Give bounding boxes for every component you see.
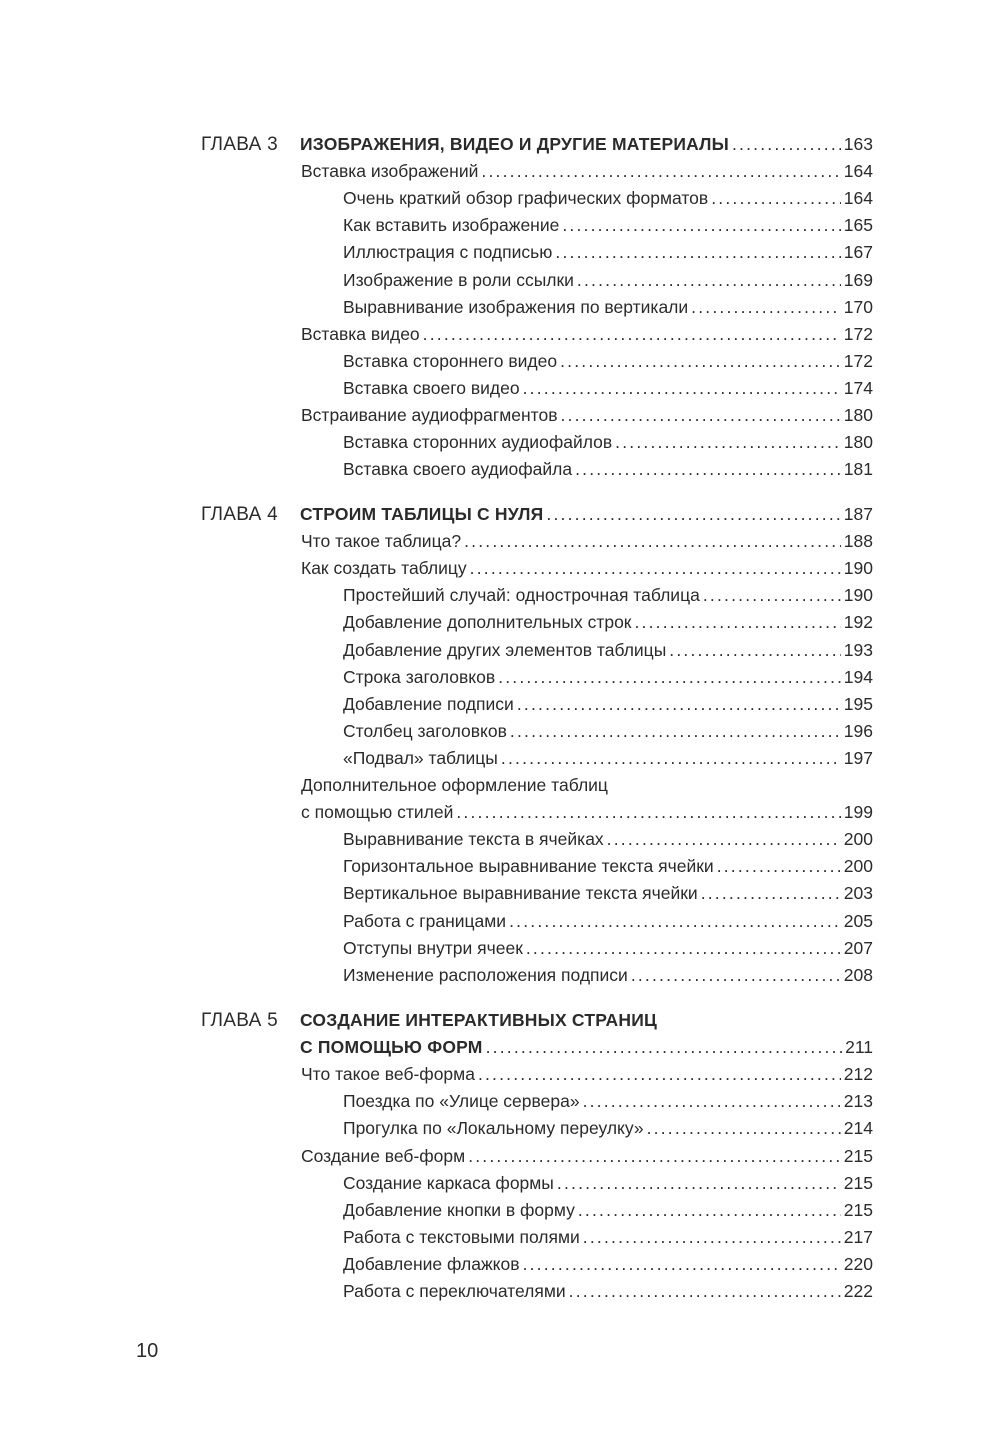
subsection-entry[interactable]: Как вставить изображение165	[343, 212, 873, 239]
section-entry[interactable]: Что такое таблица?188	[301, 528, 873, 555]
entry-page: 174	[844, 375, 873, 402]
entry-title: Очень краткий обзор графических форматов	[343, 185, 708, 212]
entry-page: 217	[844, 1224, 873, 1251]
section-title-line[interactable]: Дополнительное оформление таблиц	[301, 772, 608, 799]
leader-dots	[526, 935, 841, 962]
leader-dots	[501, 745, 841, 772]
entry-title: Прогулка по «Локальному переулку»	[343, 1115, 644, 1142]
entry-title: Столбец заголовков	[343, 718, 507, 745]
entry-title: Вертикальное выравнивание текста ячейки	[343, 880, 698, 907]
entry-page: 167	[844, 239, 873, 266]
entry-page: 195	[844, 691, 873, 718]
entry-page: 181	[844, 456, 873, 483]
leader-dots	[583, 1088, 841, 1115]
entry-title: С ПОМОЩЬЮ ФОРМ	[300, 1034, 483, 1061]
entry-title: Создание каркаса формы	[343, 1170, 554, 1197]
chapter-title[interactable]: СТРОИМ ТАБЛИЦЫ С НУЛЯ187	[300, 501, 873, 528]
leader-dots	[562, 212, 840, 239]
entry-page: 190	[844, 555, 873, 582]
leader-dots	[517, 691, 841, 718]
leader-dots	[583, 1224, 841, 1251]
subsection-entry[interactable]: Добавление кнопки в форму215	[343, 1197, 873, 1224]
entry-title: Добавление подписи	[343, 691, 514, 718]
entry-page: 200	[844, 853, 873, 880]
entry-page: 215	[844, 1170, 873, 1197]
entry-page: 164	[844, 158, 873, 185]
entry-page: 172	[844, 348, 873, 375]
entry-title: Как создать таблицу	[301, 555, 467, 582]
subsection-entry[interactable]: Очень краткий обзор графических форматов…	[343, 185, 873, 212]
entry-page: 215	[844, 1143, 873, 1170]
subsection-entry[interactable]: Столбец заголовков196	[343, 718, 873, 745]
entry-title: Добавление других элементов таблицы	[343, 637, 666, 664]
entry-page: 213	[844, 1088, 873, 1115]
entry-page: 220	[844, 1251, 873, 1278]
entry-page: 169	[844, 267, 873, 294]
leader-dots	[481, 158, 840, 185]
subsection-entry[interactable]: Поездка по «Улице сервера»213	[343, 1088, 873, 1115]
subsection-entry[interactable]: Изменение расположения подписи208	[343, 962, 873, 989]
subsection-entry[interactable]: Выравнивание изображения по вертикали170	[343, 294, 873, 321]
entry-title: с помощью стилей	[301, 799, 453, 826]
entry-page: 222	[844, 1278, 873, 1305]
subsection-entry[interactable]: Простейший случай: однострочная таблица1…	[343, 582, 873, 609]
entry-title: Выравнивание текста в ячейках	[343, 826, 604, 853]
subsection-entry[interactable]: Создание каркаса формы215	[343, 1170, 873, 1197]
entry-page: 200	[844, 826, 873, 853]
entry-page: 211	[845, 1034, 873, 1061]
entry-page: 170	[844, 294, 873, 321]
entry-title: Встраивание аудиофрагментов	[301, 402, 558, 429]
entry-page: 190	[844, 582, 873, 609]
leader-dots	[607, 826, 841, 853]
entry-title: Горизонтальное выравнивание текста ячейк…	[343, 853, 714, 880]
subsection-entry[interactable]: Вставка стороннего видео172	[343, 348, 873, 375]
entry-title: Вставка сторонних аудиофайлов	[343, 429, 612, 456]
entry-page: 180	[844, 402, 873, 429]
leader-dots	[669, 637, 841, 664]
entry-title: Выравнивание изображения по вертикали	[343, 294, 688, 321]
entry-title: Изменение расположения подписи	[343, 962, 628, 989]
entry-page: 192	[844, 609, 873, 636]
leader-dots	[615, 429, 841, 456]
subsection-entry[interactable]: Вставка сторонних аудиофайлов180	[343, 429, 873, 456]
entry-page: 163	[844, 131, 873, 158]
subsection-entry[interactable]: Вертикальное выравнивание текста ячейки2…	[343, 880, 873, 907]
entry-page: 194	[844, 664, 873, 691]
entry-page: 212	[844, 1061, 873, 1088]
entry-page: 205	[844, 908, 873, 935]
subsection-entry[interactable]: Добавление флажков220	[343, 1251, 873, 1278]
leader-dots	[423, 321, 841, 348]
leader-dots	[546, 501, 840, 528]
subsection-entry[interactable]: Отступы внутри ячеек207	[343, 935, 873, 962]
entry-page: 193	[844, 637, 873, 664]
entry-title: Вставка стороннего видео	[343, 348, 557, 375]
entry-page: 188	[844, 528, 873, 555]
leader-dots	[711, 185, 841, 212]
entry-page: 197	[844, 745, 873, 772]
chapter-label: ГЛАВА 4	[201, 501, 278, 528]
entry-page: 215	[844, 1197, 873, 1224]
entry-title: Работа с переключателями	[343, 1278, 566, 1305]
section-entry[interactable]: Как создать таблицу190	[301, 555, 873, 582]
section-entry[interactable]: с помощью стилей199	[301, 799, 873, 826]
leader-dots	[717, 853, 841, 880]
leader-dots	[523, 1251, 841, 1278]
leader-dots	[523, 375, 841, 402]
entry-title: Изображение в роли ссылки	[343, 267, 574, 294]
entry-title: Создание веб-форм	[301, 1143, 465, 1170]
subsection-entry[interactable]: Иллюстрация с подписью167	[343, 239, 873, 266]
leader-dots	[456, 799, 840, 826]
entry-title: Вставка изображений	[301, 158, 478, 185]
entry-page: 180	[844, 429, 873, 456]
entry-page: 172	[844, 321, 873, 348]
leader-dots	[464, 528, 841, 555]
leader-dots	[647, 1115, 841, 1142]
subsection-entry[interactable]: Вставка своего аудиофайла181	[343, 456, 873, 483]
leader-dots	[634, 609, 840, 636]
subsection-entry[interactable]: Выравнивание текста в ячейках200	[343, 826, 873, 853]
entry-page: 208	[844, 962, 873, 989]
subsection-entry[interactable]: Работа с текстовыми полями217	[343, 1224, 873, 1251]
subsection-entry[interactable]: Горизонтальное выравнивание текста ячейк…	[343, 853, 873, 880]
leader-dots	[509, 908, 841, 935]
entry-title: Добавление флажков	[343, 1251, 520, 1278]
leader-dots	[575, 456, 841, 483]
subsection-entry[interactable]: Изображение в роли ссылки169	[343, 267, 873, 294]
chapter-label: ГЛАВА 3	[201, 131, 278, 158]
subsection-entry[interactable]: Прогулка по «Локальному переулку»214	[343, 1115, 873, 1142]
subsection-entry[interactable]: Добавление подписи195	[343, 691, 873, 718]
subsection-entry[interactable]: Вставка своего видео174	[343, 375, 873, 402]
entry-page: 203	[844, 880, 873, 907]
section-entry[interactable]: Создание веб-форм215	[301, 1143, 873, 1170]
leader-dots	[555, 239, 840, 266]
leader-dots	[569, 1278, 841, 1305]
entry-title: Вставка видео	[301, 321, 420, 348]
section-entry[interactable]: Что такое веб-форма212	[301, 1061, 873, 1088]
entry-title: Что такое веб-форма	[301, 1061, 475, 1088]
entry-title: СТРОИМ ТАБЛИЦЫ С НУЛЯ	[300, 501, 543, 528]
entry-title: Иллюстрация с подписью	[343, 239, 552, 266]
entry-page: 165	[844, 212, 873, 239]
leader-dots	[486, 1034, 843, 1061]
entry-title: Добавление кнопки в форму	[343, 1197, 575, 1224]
entry-title: Работа с границами	[343, 908, 506, 935]
entry-page: 196	[844, 718, 873, 745]
leader-dots	[703, 582, 841, 609]
leader-dots	[732, 131, 841, 158]
chapter-title[interactable]: ИЗОБРАЖЕНИЯ, ВИДЕО И ДРУГИЕ МАТЕРИАЛЫ163	[300, 131, 873, 158]
entry-title: Строка заголовков	[343, 664, 495, 691]
entry-title: Добавление дополнительных строк	[343, 609, 631, 636]
leader-dots	[470, 555, 841, 582]
subsection-entry[interactable]: Строка заголовков194	[343, 664, 873, 691]
chapter-title[interactable]: С ПОМОЩЬЮ ФОРМ211	[300, 1034, 873, 1061]
leader-dots	[510, 718, 841, 745]
entry-title: «Подвал» таблицы	[343, 745, 498, 772]
leader-dots	[577, 267, 841, 294]
entry-title: Вставка своего аудиофайла	[343, 456, 572, 483]
subsection-entry[interactable]: «Подвал» таблицы197	[343, 745, 873, 772]
leader-dots	[557, 1170, 841, 1197]
chapter-label: ГЛАВА 5	[201, 1007, 278, 1034]
leader-dots	[561, 402, 841, 429]
section-entry[interactable]: Вставка изображений164	[301, 158, 873, 185]
entry-title: Вставка своего видео	[343, 375, 520, 402]
entry-title: ИЗОБРАЖЕНИЯ, ВИДЕО И ДРУГИЕ МАТЕРИАЛЫ	[300, 131, 729, 158]
subsection-entry[interactable]: Добавление других элементов таблицы193	[343, 637, 873, 664]
leader-dots	[468, 1143, 841, 1170]
entry-title: Отступы внутри ячеек	[343, 935, 523, 962]
subsection-entry[interactable]: Добавление дополнительных строк192	[343, 609, 873, 636]
leader-dots	[691, 294, 841, 321]
leader-dots	[478, 1061, 841, 1088]
entry-title: Что такое таблица?	[301, 528, 461, 555]
entry-page: 164	[844, 185, 873, 212]
leader-dots	[498, 664, 841, 691]
chapter-title-line[interactable]: СОЗДАНИЕ ИНТЕРАКТИВНЫХ СТРАНИЦ	[300, 1007, 657, 1034]
entry-title: Поездка по «Улице сервера»	[343, 1088, 580, 1115]
entry-page: 199	[844, 799, 873, 826]
page-number: 10	[136, 1338, 158, 1365]
leader-dots	[631, 962, 841, 989]
section-entry[interactable]: Встраивание аудиофрагментов180	[301, 402, 873, 429]
subsection-entry[interactable]: Работа с границами205	[343, 908, 873, 935]
entry-title: Работа с текстовыми полями	[343, 1224, 580, 1251]
leader-dots	[560, 348, 841, 375]
entry-page: 187	[844, 501, 873, 528]
entry-page: 207	[844, 935, 873, 962]
entry-title: Как вставить изображение	[343, 212, 559, 239]
subsection-entry[interactable]: Работа с переключателями222	[343, 1278, 873, 1305]
entry-page: 214	[844, 1115, 873, 1142]
leader-dots	[578, 1197, 841, 1224]
entry-title: Простейший случай: однострочная таблица	[343, 582, 700, 609]
section-entry[interactable]: Вставка видео172	[301, 321, 873, 348]
leader-dots	[701, 880, 841, 907]
